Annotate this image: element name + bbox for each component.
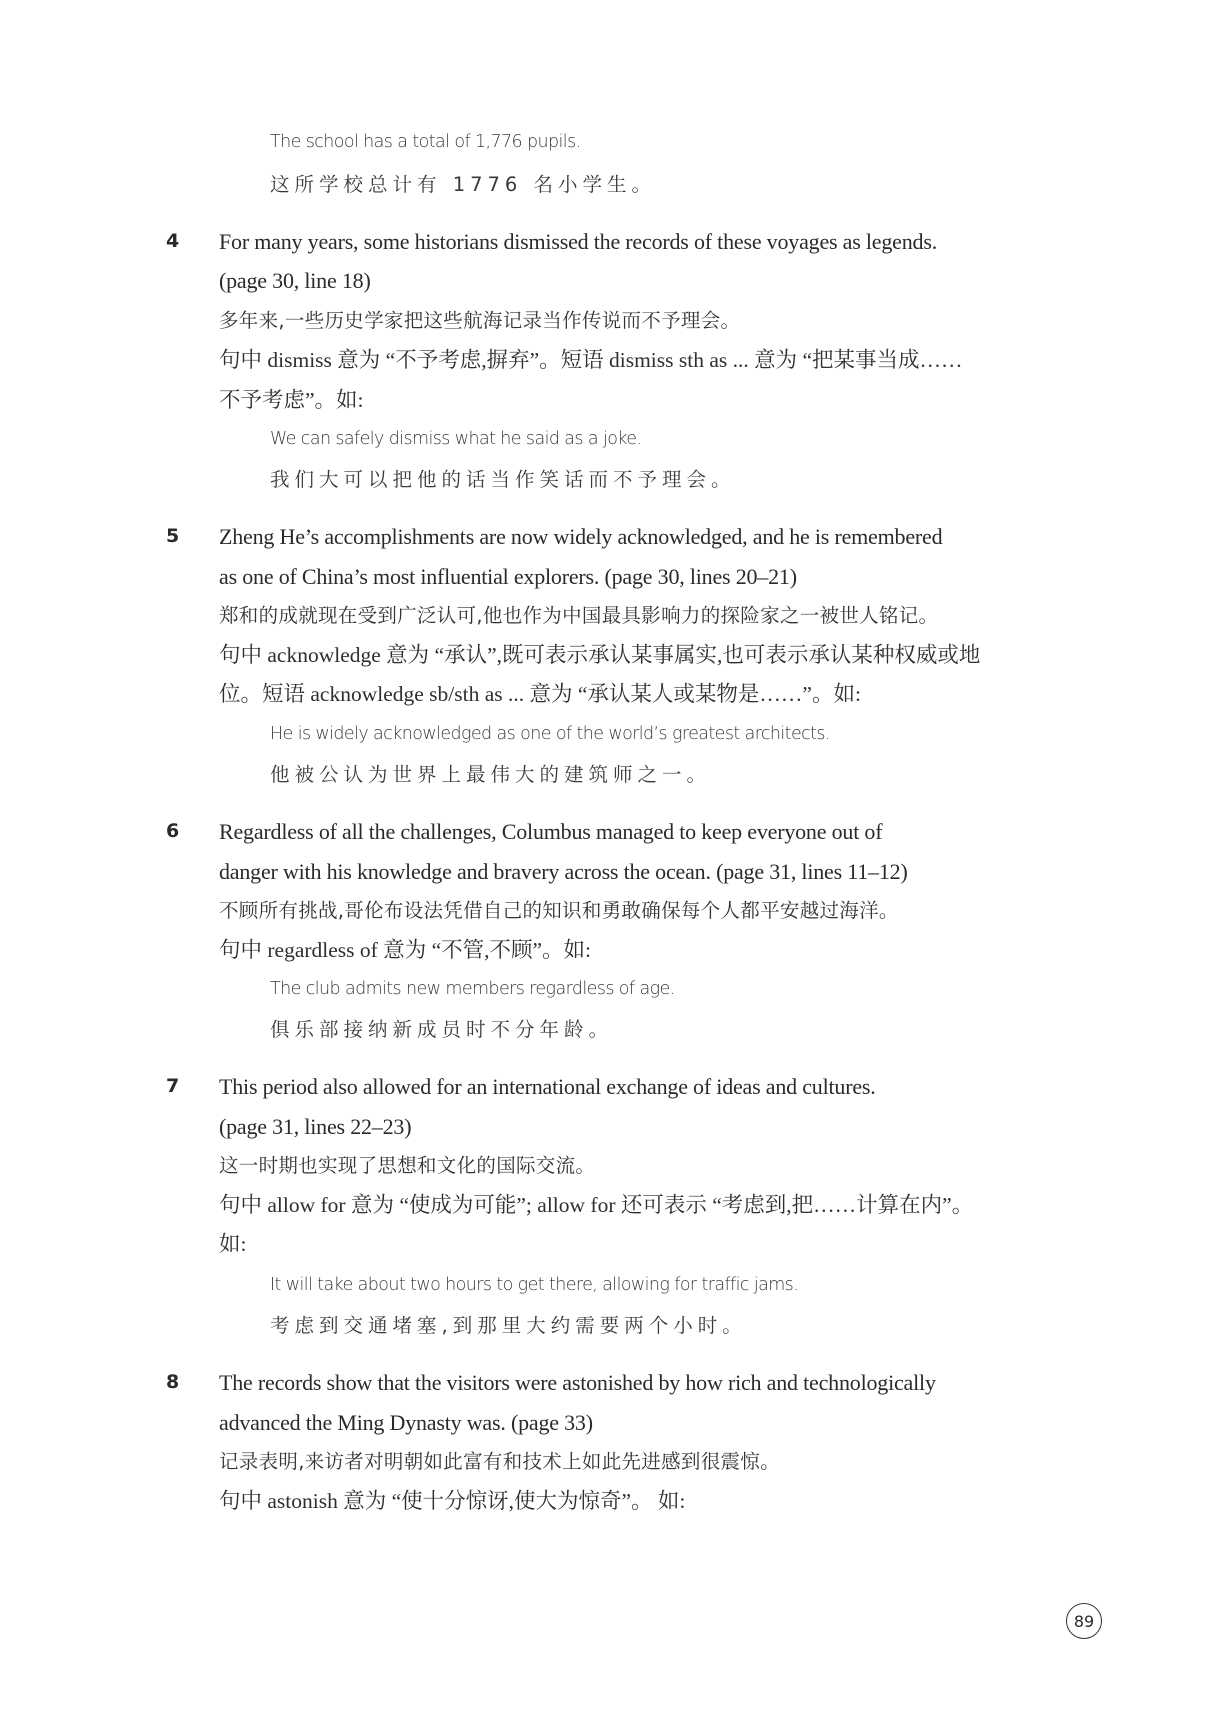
explanation-line: 如:	[219, 1234, 246, 1256]
example-sentence-zh: 这所学校总计有 1776 名小学生。	[270, 175, 656, 195]
example-sentence-en: The school has a total of 1,776 pupils.	[270, 134, 581, 152]
translation: 多年来,一些历史学家把这些航海记录当作传说而不予理会。	[219, 311, 740, 331]
source-sentence-line: The records show that the visitors were …	[219, 1372, 936, 1394]
explanation-line: 位。短语 acknowledge sb/sth as ... 意为 “承认某人或…	[219, 684, 861, 706]
source-sentence-line: (page 31, lines 22–23)	[219, 1116, 411, 1138]
translation: 记录表明,来访者对明朝如此富有和技术上如此先进感到很震惊。	[219, 1452, 780, 1472]
example-sentence-zh: 俱乐部接纳新成员时不分年龄。	[270, 1020, 613, 1040]
item-number: 7	[166, 1077, 179, 1096]
item-number: 6	[166, 822, 179, 841]
example-sentence-en: It will take about two hours to get ther…	[270, 1277, 798, 1295]
item-number: 5	[166, 527, 179, 546]
explanation-line: 句中 acknowledge 意为 “承认”,既可表示承认某事属实,也可表示承认…	[219, 645, 980, 667]
source-sentence-line: For many years, some historians dismisse…	[219, 231, 937, 253]
example-sentence-zh: 考虑到交通堵塞,到那里大约需要两个小时。	[270, 1316, 747, 1336]
explanation-line: 句中 regardless of 意为 “不管,不顾”。如:	[219, 940, 591, 962]
explanation-line: 句中 dismiss 意为 “不予考虑,摒弃”。短语 dismiss sth a…	[219, 350, 963, 372]
explanation-line: 句中 allow for 意为 “使成为可能”; allow for 还可表示 …	[219, 1195, 973, 1217]
item-number: 4	[166, 232, 179, 251]
example-sentence-en: The club admits new members regardless o…	[270, 981, 675, 999]
example-sentence-en: He is widely acknowledged as one of the …	[270, 726, 830, 744]
example-sentence-en: We can safely dismiss what he said as a …	[270, 431, 641, 449]
source-sentence-line: (page 30, line 18)	[219, 270, 371, 292]
source-sentence-line: This period also allowed for an internat…	[219, 1076, 876, 1098]
page-number-badge: 89	[1066, 1603, 1102, 1639]
translation: 不顾所有挑战,哥伦布设法凭借自己的知识和勇敢确保每个人都平安越过海洋。	[219, 901, 899, 921]
source-sentence-line: Zheng He’s accomplishments are now widel…	[219, 526, 942, 548]
source-sentence-line: danger with his knowledge and bravery ac…	[219, 861, 908, 883]
source-sentence-line: Regardless of all the challenges, Columb…	[219, 821, 882, 843]
item-number: 8	[166, 1373, 179, 1392]
explanation-line: 不予考虑”。如:	[219, 390, 364, 412]
source-sentence-line: advanced the Ming Dynasty was. (page 33)	[219, 1412, 593, 1434]
translation: 郑和的成就现在受到广泛认可,他也作为中国最具影响力的探险家之一被世人铭记。	[219, 606, 938, 626]
example-sentence-zh: 我们大可以把他的话当作笑话而不予理会。	[270, 470, 736, 490]
example-sentence-zh: 他被公认为世界上最伟大的建筑师之一。	[270, 765, 711, 785]
explanation-line: 句中 astonish 意为 “使十分惊讶,使大为惊奇”。 如:	[219, 1491, 685, 1513]
source-sentence-line: as one of China’s most influential explo…	[219, 566, 797, 588]
page-number: 89	[1074, 1612, 1094, 1631]
translation: 这一时期也实现了思想和文化的国际交流。	[219, 1156, 595, 1176]
